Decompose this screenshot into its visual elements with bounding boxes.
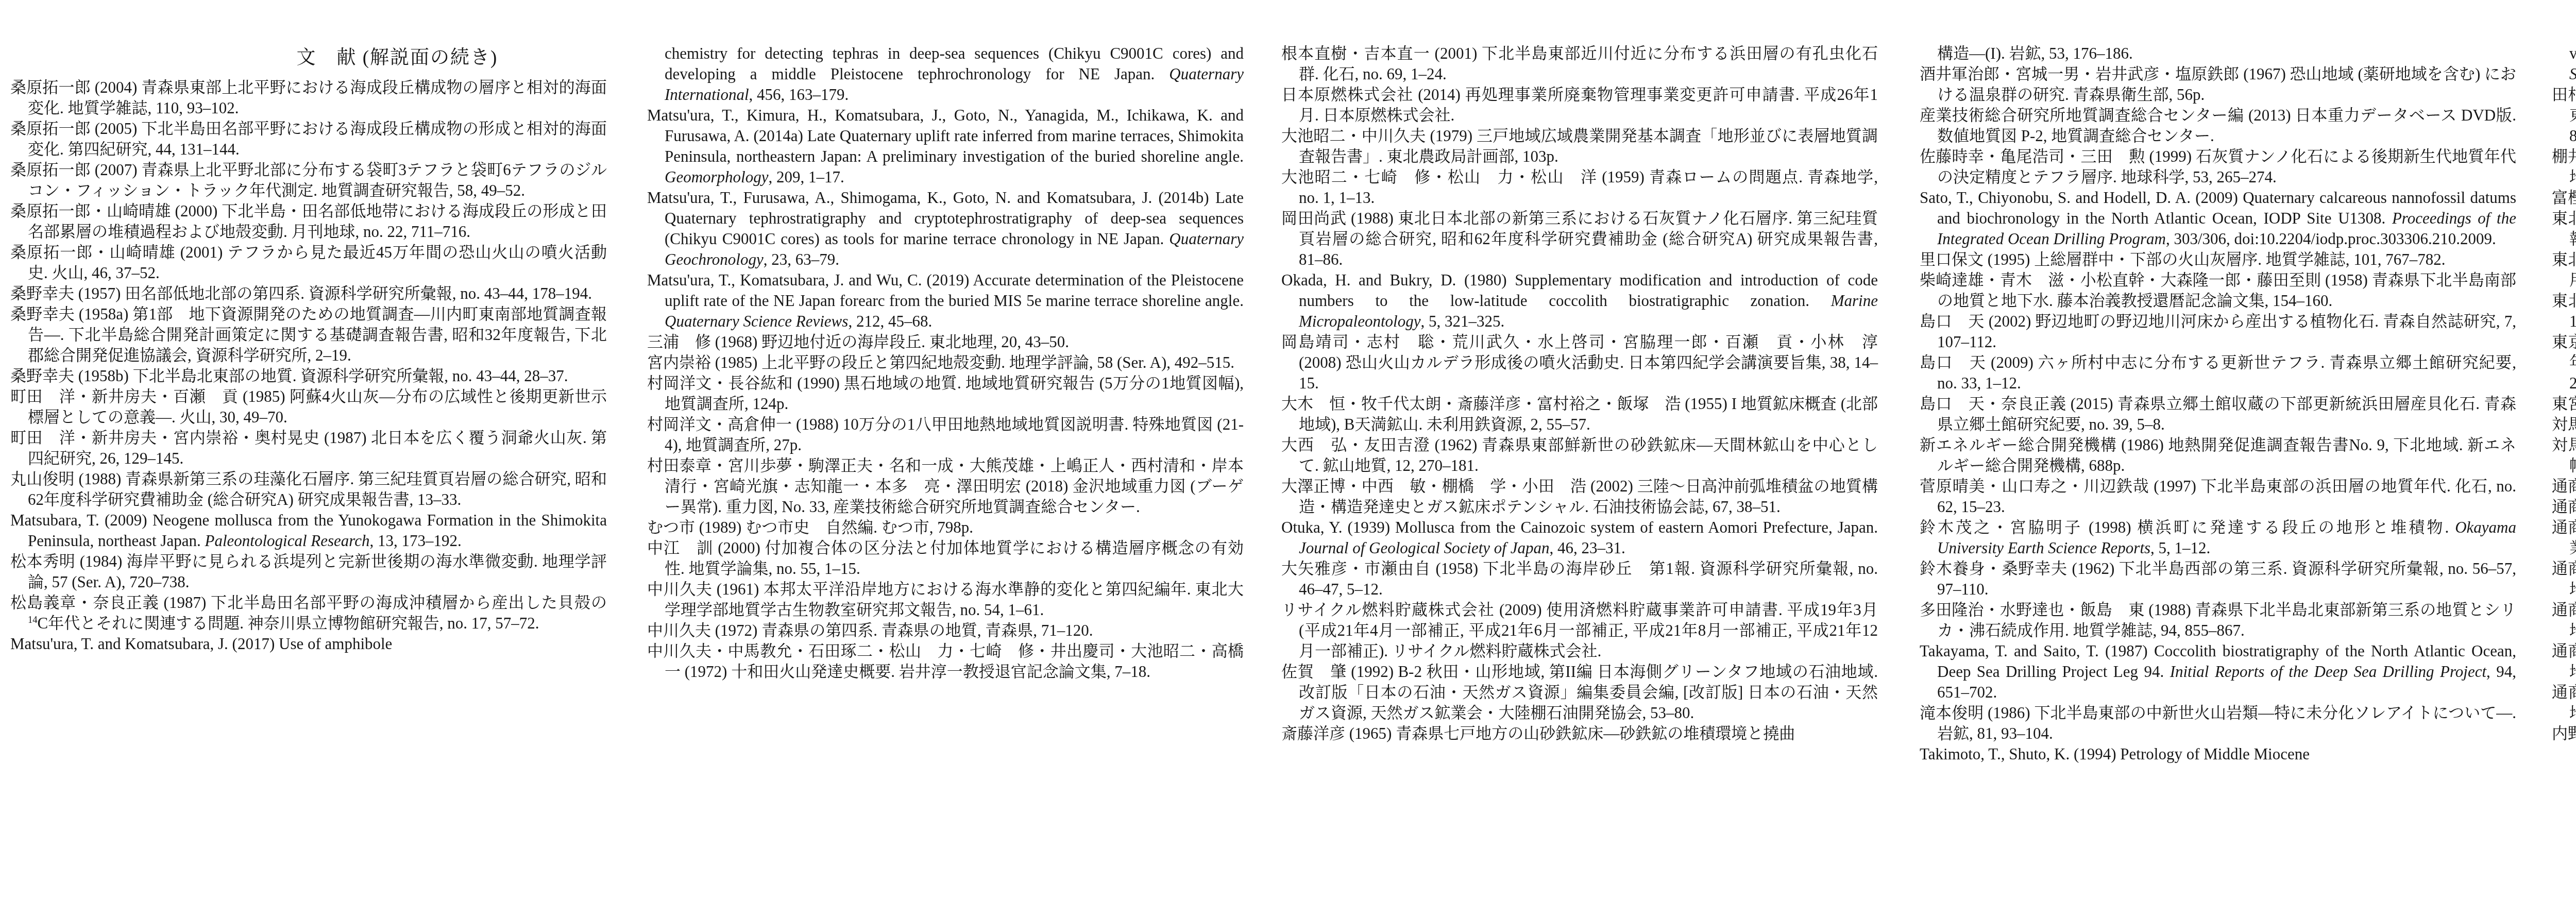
reference-text: 菅原晴美・山口寿之・川辺鉄哉 (1997) 下北半島東部の浜田層の地質年代. 化…: [1920, 477, 2516, 516]
reference-text: 中川久夫 (1961) 本邦太平洋沿岸地方における海水準静的変化と第四紀編年. …: [647, 580, 1244, 619]
reference-text: 棚井俊雄 (1955) 本邦炭田産の第三紀化石植物図説―I. 初期及び中期中新世…: [2552, 147, 2576, 186]
reference-entry: 通商産業省 (1970) 昭和43年度広域調査報告書, 下北地域. 通商産業省,…: [2552, 497, 2576, 517]
reference-text: 島口 天 (2002) 野辺地町の野辺地川河床から産出する植物化石. 青森自然誌…: [1920, 312, 2516, 351]
reference-entry: 滝本俊明 (1986) 下北半島東部の中新世火山岩類―特に未分化ソレアイトについ…: [1920, 703, 2516, 744]
reference-text: 通商産業省 (1970) 昭和43年度広域調査報告書, 下北地域. 通商産業省,…: [2552, 498, 2576, 516]
reference-entry-continued: chemistry for detecting tephras in deep-…: [647, 43, 1244, 105]
reference-entry: Otuka, Y. (1939) Mollusca from the Caino…: [1281, 517, 1878, 558]
reference-text: , 303/306, doi:10.2204/iodp.proc.303306.…: [2166, 230, 2496, 248]
reference-entry: 中川久夫・中馬教允・石田琢二・松山 力・七崎 修・井出慶司・大池昭二・高橋 一 …: [647, 641, 1244, 682]
reference-text: 中江 訓 (2000) 付加複合体の区分法と付加体地質学における構造層序概念の有…: [647, 539, 1244, 578]
references-column-5: volcanic rocks from the Tomari area in t…: [2552, 43, 2576, 744]
reference-entry: 島口 天 (2002) 野辺地町の野辺地川河床から産出する植物化石. 青森自然誌…: [1920, 311, 2516, 352]
reference-text: 大矢雅彦・市瀬由自 (1958) 下北半島の海岸砂丘 第1報. 資源科学研究所彙…: [1281, 559, 1878, 598]
reference-text: volcanic rocks from the Tomari area in t…: [2569, 44, 2576, 62]
reference-entry: 通商産業省資源エネルギー庁 (1995) 平成6年度広域地質構造調査報告書, 渡…: [2552, 600, 2576, 641]
reference-entry: 棚井俊雄 (1955) 本邦炭田産の第三紀化石植物図説―I. 初期及び中期中新世…: [2552, 146, 2576, 188]
reference-entry: 大池昭二・中川久夫 (1979) 三戸地域広域農業開発基本調査「地形並びに表層地…: [1281, 126, 1878, 167]
reference-text: 丸山俊明 (1988) 青森県新第三系の珪藻化石層序. 第三紀珪質頁岩層の総合研…: [10, 470, 607, 508]
superscript-text: 14: [28, 615, 38, 625]
reference-text: 桑野幸夫 (1958b) 下北半島北東部の地質. 資源科学研究所彙報, no. …: [10, 367, 568, 385]
reference-entry: 町田 洋・新井房夫・百瀬 貢 (1985) 阿蘇4火山灰―分布の広域性と後期更新…: [10, 386, 607, 428]
reference-text: 村田泰章・宮川歩夢・駒澤正夫・名和一成・大熊茂雄・上嶋正人・西村清和・岸本清行・…: [647, 456, 1244, 516]
reference-text: 東北地方第四紀研究グループ (1969) 東北地方における第四紀海水準変化. 地…: [2552, 209, 2576, 248]
reference-text: , 5, 1–12.: [2150, 539, 2210, 557]
reference-text: Matsu'ura, T., Kimura, H., Komatsubara, …: [647, 106, 1244, 165]
reference-text: 対馬坤六・滝沢文教 (1977) 尻屋崎地域の地質. 地域地質研究報告 (5万分…: [2552, 436, 2576, 474]
reference-text: 根本直樹・吉本直一 (2001) 下北半島東部近川付近に分布する浜田層の有孔虫化…: [1281, 44, 1878, 83]
reference-text: 町田 洋・新井房夫・宮内崇裕・奥村晃史 (1987) 北日本を広く覆う洞爺火山灰…: [10, 429, 607, 467]
reference-entry: 村田泰章・宮川歩夢・駒澤正夫・名和一成・大熊茂雄・上嶋正人・西村清和・岸本清行・…: [647, 455, 1244, 517]
reference-text: 酒井軍治郎・宮城一男・岩井武彦・塩原鉄郎 (1967) 恐山地域 (薬研地域を含…: [1920, 65, 2516, 104]
reference-text: 大木 恒・牧千代太朗・斎藤洋彦・富村裕之・飯塚 浩 (1955) I 地質鉱床概…: [1281, 395, 1878, 433]
reference-text: 日本原燃株式会社 (2014) 再処理事業所廃棄物管理事業変更許可申請書. 平成…: [1281, 86, 1878, 124]
reference-entry: 桑原拓一郎・山崎晴雄 (2000) 下北半島・田名部低地帯における海成段丘の形成…: [10, 201, 607, 242]
reference-text: 大澤正博・中西 敏・棚橋 学・小田 浩 (2002) 三陸～日高沖前弧堆積盆の地…: [1281, 477, 1878, 516]
reference-text: 桑原拓一郎 (2004) 青森県東部上北平野における海成段丘構成物の層序と相対的…: [10, 78, 607, 117]
reference-entry: 多田隆治・水野達也・飯島 東 (1988) 青森県下北半島北東部新第三系の地質と…: [1920, 600, 2516, 641]
reference-text: 桑原拓一郎 (2007) 青森県上北平野北部に分布する袋町3テフラと袋町6テフラ…: [10, 161, 607, 199]
reference-text: , 209, 1–17.: [768, 168, 844, 186]
reference-entry: 桑野幸夫 (1957) 田名部低地北部の第四系. 資源科学研究所彙報, no. …: [10, 283, 607, 304]
reference-entry: 通商産業省資源エネルギー庁 (1976) 昭和50年度広域調査報告書, 八甲田地…: [2552, 517, 2576, 558]
reference-text: むつ市 (1989) むつ市史 自然編. むつ市, 798p.: [647, 518, 973, 536]
reference-entry: Matsu'ura, T., Kimura, H., Komatsubara, …: [647, 105, 1244, 188]
reference-text: 鈴木茂之・宮脇明子 (1998) 横浜町に発達する段丘の地形と堆積物.: [1920, 518, 2455, 536]
reference-text: 岡田尚武 (1988) 東北日本北部の新第三系における石灰質ナノ化石層序. 第三…: [1281, 209, 1878, 268]
reference-entry: 大矢雅彦・市瀬由自 (1958) 下北半島の海岸砂丘 第1報. 資源科学研究所彙…: [1281, 558, 1878, 600]
reference-text: 柴崎達雄・青木 滋・小松直幹・大森隆一郎・藤田至則 (1958) 青森県下北半島…: [1920, 271, 2516, 310]
reference-text: 多田隆治・水野達也・飯島 東 (1988) 青森県下北半島北東部新第三系の地質と…: [1920, 601, 2516, 639]
reference-text: , 46, 23–31.: [1549, 539, 1625, 557]
reference-entry: 中川久夫 (1961) 本邦太平洋沿岸地方における海水準静的変化と第四紀編年. …: [647, 579, 1244, 620]
reference-text: 通商産業省資源エネルギー庁 (1999) 平成10年度広域地質構造調査報告書, …: [2552, 642, 2576, 681]
reference-entry: 宮内崇裕 (1985) 上北平野の段丘と第四紀地殻変動. 地理学評論, 58 (…: [647, 352, 1244, 373]
reference-entry: Matsubara, T. (2009) Neogene mollusca fr…: [10, 510, 607, 551]
reference-entry: 松島義章・奈良正義 (1987) 下北半島田名部平野の海成沖積層から産出した貝殻…: [10, 592, 607, 634]
reference-entry: 中川久夫 (1972) 青森県の第四系. 青森県の地質, 青森県, 71–120…: [647, 620, 1244, 641]
reference-text: 構造―(I). 岩鉱, 53, 176–186.: [1937, 44, 2133, 62]
references-title: 文 献 (解説面の続き): [99, 43, 696, 77]
reference-text: 島口 天 (2009) 六ヶ所村中志に分布する更新世テフラ. 青森県立郷土館研究…: [1920, 353, 2516, 392]
reference-text: 桑原拓一郎 (2005) 下北半島田名部平野における海成段丘構成物の形成と相対的…: [10, 120, 607, 158]
reference-entry: Matsu'ura, T., Furusawa, A., Shimogama, …: [647, 188, 1244, 270]
reference-text: Otuka, Y. (1939) Mollusca from the Caino…: [1281, 518, 1878, 536]
reference-entry: 斎藤洋彦 (1965) 青森県七戸地方の山砂鉄鉱床―砂鉄鉱の堆積環境と撓曲: [1281, 723, 1878, 744]
reference-entry: 通商産業省資源エネルギー庁 (1999) 平成10年度広域地質構造調査報告書, …: [2552, 641, 2576, 682]
reference-entry: 東北地方第四紀研究グループ (1969) 東北地方における第四紀海水準変化. 地…: [2552, 208, 2576, 249]
reference-entry: 菅原晴美・山口寿之・川辺鉄哉 (1997) 下北半島東部の浜田層の地質年代. 化…: [1920, 476, 2516, 517]
reference-entry: 桑原拓一郎 (2005) 下北半島田名部平野における海成段丘構成物の形成と相対的…: [10, 118, 607, 160]
reference-entry: 通商産業省 (1969) 昭和42年度広域調査報告書, 下北地域. 通商産業省,…: [2552, 476, 2576, 497]
reference-entry: Okada, H. and Bukry, D. (1980) Supplemen…: [1281, 270, 1878, 332]
reference-text: 東北農政局計画部 (1969) 南部中央地区地質調査報告書 (その1). 東北農…: [2552, 292, 2576, 330]
reference-entry: 岡島靖司・志村 聡・荒川武久・水上啓司・宮脇理一郎・百瀬 貢・小林 淳 (200…: [1281, 332, 1878, 394]
references-column-1: 文 献 (解説面の続き)桑原拓一郎 (2004) 青森県東部上北平野における海成…: [10, 43, 607, 654]
reference-text: 村岡洋文・長谷紘和 (1990) 黒石地域の地質. 地域地質研究報告 (5万分の…: [647, 374, 1244, 413]
reference-entry: 東京電力株式会社 (2010) 東通原子力発電所原子炉設置許可申請書 (縮小版)…: [2552, 332, 2576, 394]
reference-entry: Matsu'ura, T., Komatsubara, J. and Wu, C…: [647, 270, 1244, 332]
reference-text: 通商産業省資源エネルギー庁 (1994) 平成5年度広域地質構造調査報告書, 渡…: [2552, 559, 2576, 598]
reference-text: Takimoto, T., Shuto, K. (1994) Petrology…: [1920, 745, 2310, 763]
reference-text: 村岡洋文・高倉伸一 (1988) 10万分の1八甲田地熱地域地質図説明書. 特殊…: [647, 415, 1244, 454]
reference-text: 桑原拓一郎・山崎晴雄 (2001) テフラから見た最近45万年間の恐山火山の噴火…: [10, 243, 607, 282]
reference-entry: Matsu'ura, T. and Komatsubara, J. (2017)…: [10, 634, 607, 654]
reference-entry: 日本原燃株式会社 (2014) 再処理事業所廃棄物管理事業変更許可申請書. 平成…: [1281, 84, 1878, 126]
reference-entry: 丸山俊明 (1988) 青森県新第三系の珪藻化石層序. 第三紀珪質頁岩層の総合研…: [10, 469, 607, 510]
reference-entry: 新エネルギー総合開発機構 (1986) 地熱開発促進調査報告書No. 9, 下北…: [1920, 435, 2516, 476]
reference-entry: 岡田尚武 (1988) 東北日本北部の新第三系における石灰質ナノ化石層序. 第三…: [1281, 208, 1878, 270]
reference-text: 通商産業省 (1969) 昭和42年度広域調査報告書, 下北地域. 通商産業省,…: [2552, 477, 2576, 495]
reference-text: 宮内崇裕 (1985) 上北平野の段丘と第四紀地殻変動. 地理学評論, 58 (…: [647, 353, 1234, 371]
reference-entry: 鈴木養身・桑野幸夫 (1962) 下北半島西部の第三系. 資源科学研究所彙報, …: [1920, 558, 2516, 600]
reference-text: 松本秀明 (1984) 海岸平野に見られる浜堤列と完新世後期の海水準微変動. 地…: [10, 552, 607, 591]
reference-entry: 東北農政局計画部 (1969) 南部中央地区地質調査報告書 (その1). 東北農…: [2552, 291, 2576, 332]
reference-text: 産業技術総合研究所地質調査総合センター編 (2013) 日本重力データベース D…: [1920, 106, 2516, 145]
reference-entry: 鈴木茂之・宮脇明子 (1998) 横浜町に発達する段丘の地形と堆積物. Okay…: [1920, 517, 2516, 558]
reference-text: 大西 弘・友田吉澄 (1962) 青森県東部鮮新世の砂鉄鉱床―天間林鉱山を中心と…: [1281, 436, 1878, 474]
reference-text: , 23, 63–79.: [764, 250, 839, 268]
reference-text: 田村糸子・山崎晴雄・小林 淳・須藤浩一・岡島精司・水上啓治 (2011) 下北半…: [2552, 86, 2576, 145]
reference-text: 岡島靖司・志村 聡・荒川武久・水上啓司・宮脇理一郎・百瀬 貢・小林 淳 (200…: [1281, 333, 1878, 392]
journal-name-italic: Initial Reports of the Deep Sea Drilling…: [2170, 663, 2486, 681]
reference-entry-continued: 構造―(I). 岩鉱, 53, 176–186.: [1920, 43, 2516, 64]
reference-text: 桑野幸夫 (1958a) 第1部 地下資源開発のための地質調査―川内町東南部地質…: [10, 305, 607, 364]
reference-entry: Sato, T., Chiyonobu, S. and Hodell, D. A…: [1920, 188, 2516, 249]
reference-entry: 佐藤時幸・亀尾浩司・三田 勲 (1999) 石灰質ナンノ化石による後期新生代地質…: [1920, 146, 2516, 188]
journal-name-italic: Geomorphology: [665, 168, 768, 186]
references-column-2: chemistry for detecting tephras in deep-…: [647, 43, 1244, 682]
reference-entry: 通商産業省資源エネルギー庁 (1994) 平成5年度広域地質構造調査報告書, 渡…: [2552, 558, 2576, 600]
reference-text: 佐藤時幸・亀尾浩司・三田 勲 (1999) 石灰質ナンノ化石による後期新生代地質…: [1920, 147, 2516, 186]
reference-text: Okada, H. and Bukry, D. (1980) Supplemen…: [1281, 271, 1878, 310]
reference-entry: Takimoto, T., Shuto, K. (1994) Petrology…: [1920, 744, 2516, 765]
reference-entry: 対馬坤六 (1964) 20万分の1地質図幅「野辺地」. 地質調査所.: [2552, 414, 2576, 435]
reference-text: 中川久夫 (1972) 青森県の第四系. 青森県の地質, 青森県, 71–120…: [647, 621, 1093, 639]
reference-entry: 島口 天・奈良正義 (2015) 青森県立郷土館収蔵の下部更新統浜田層産貝化石.…: [1920, 394, 2516, 435]
reference-entry: 通商産業省資源エネルギー庁 (2000) 平成11年度広域地質構造調査報告書, …: [2552, 682, 2576, 723]
reference-text: 滝本俊明 (1986) 下北半島東部の中新世火山岩類―特に未分化ソレアイトについ…: [1920, 704, 2516, 742]
reference-text: 富樫茂子 (1977) 恐山火山の岩石学的研究. 岩鉱, 72, 45–60.: [2552, 189, 2576, 207]
reference-entry: 根本直樹・吉本直一 (2001) 下北半島東部近川付近に分布する浜田層の有孔虫化…: [1281, 43, 1878, 84]
reference-entry: 大西 弘・友田吉澄 (1962) 青森県東部鮮新世の砂鉄鉱床―天間林鉱山を中心と…: [1281, 435, 1878, 476]
reference-entry: 東宮昭彦・宮城磯治 (2020) 洞爺噴火の年代値. 火山, 65, 13–18…: [2552, 394, 2576, 414]
reference-entry: 桑野幸夫 (1958b) 下北半島北東部の地質. 資源科学研究所彙報, no. …: [10, 366, 607, 386]
reference-text: 中川久夫・中馬教允・石田琢二・松山 力・七崎 修・井出慶司・大池昭二・高橋 一 …: [647, 642, 1260, 681]
reference-entry: Takayama, T. and Saito, T. (1987) Coccol…: [1920, 641, 2516, 703]
reference-text: , 5, 321–325.: [1420, 312, 1504, 330]
reference-entry: 中江 訓 (2000) 付加複合体の区分法と付加体地質学における構造層序概念の有…: [647, 538, 1244, 579]
reference-text: 桑原拓一郎・山崎晴雄 (2000) 下北半島・田名部低地帯における海成段丘の形成…: [10, 202, 607, 241]
reference-text: C年代とそれに関連する問題. 神奈川県立博物館研究報告, no. 17, 57–…: [38, 614, 539, 632]
reference-entry: 田村糸子・山崎晴雄・小林 淳・須藤浩一・岡島精司・水上啓治 (2011) 下北半…: [2552, 84, 2576, 146]
reference-entry: 桑原拓一郎 (2007) 青森県上北平野北部に分布する袋町3テフラと袋町6テフラ…: [10, 160, 607, 201]
reference-text: 島口 天・奈良正義 (2015) 青森県立郷土館収蔵の下部更新統浜田層産貝化石.…: [1920, 395, 2516, 433]
reference-text: 大池昭二・七崎 修・松山 力・松山 洋 (1959) 青森ロームの問題点. 青森…: [1281, 168, 1878, 207]
reference-text: 松島義章・奈良正義 (1987) 下北半島田名部平野の海成沖積層から産出した貝殻…: [10, 593, 607, 612]
reference-text: 通商産業省資源エネルギー庁 (1995) 平成6年度広域地質構造調査報告書, 渡…: [2552, 601, 2576, 639]
references-column-4: 構造―(I). 岩鉱, 53, 176–186.酒井軍治郎・宮城一男・岩井武彦・…: [1920, 43, 2516, 765]
reference-text: 斎藤洋彦 (1965) 青森県七戸地方の山砂鉄鉱床―砂鉄鉱の堆積環境と撓曲: [1281, 724, 1795, 742]
journal-name-italic: Quaternary Science Reviews: [665, 312, 848, 330]
reference-entry: 酒井軍治郎・宮城一男・岩井武彦・塩原鉄郎 (1967) 恐山地域 (薬研地域を含…: [1920, 64, 2516, 105]
reference-entry: むつ市 (1989) むつ市史 自然編. むつ市, 798p.: [647, 517, 1244, 538]
reference-entry: 松本秀明 (1984) 海岸平野に見られる浜堤列と完新世後期の海水準微変動. 地…: [10, 551, 607, 592]
reference-text: chemistry for detecting tephras in deep-…: [665, 44, 1244, 83]
reference-entry: 村岡洋文・高倉伸一 (1988) 10万分の1八甲田地熱地域地質図説明書. 特殊…: [647, 414, 1244, 455]
reference-text: 大池昭二・中川久夫 (1979) 三戸地域広域農業開発基本調査「地形並びに表層地…: [1281, 127, 1878, 165]
reference-entry: 富樫茂子 (1977) 恐山火山の岩石学的研究. 岩鉱, 72, 45–60.: [2552, 188, 2576, 208]
reference-entry: 村岡洋文・長谷紘和 (1990) 黒石地域の地質. 地域地質研究報告 (5万分の…: [647, 373, 1244, 414]
reference-text: 里口保文 (1995) 上総層群中・下部の火山灰層序. 地質学雑誌, 101, …: [1920, 250, 2445, 268]
journal-name-italic: Science Reports of Niigata University, S…: [2569, 65, 2576, 83]
reference-entry: 大木 恒・牧千代太朗・斎藤洋彦・富村裕之・飯塚 浩 (1955) I 地質鉱床概…: [1281, 394, 1878, 435]
references-column-3: 根本直樹・吉本直一 (2001) 下北半島東部近川付近に分布する浜田層の有孔虫化…: [1281, 43, 1878, 744]
reference-text: 通商産業省資源エネルギー庁 (2000) 平成11年度広域地質構造調査報告書, …: [2552, 683, 2576, 722]
reference-text: 佐賀 肇 (1992) B-2 秋田・山形地域, 第II編 日本海側グリーンタフ…: [1281, 663, 1878, 722]
reference-entry: 桑原拓一郎 (2004) 青森県東部上北平野における海成段丘構成物の層序と相対的…: [10, 77, 607, 118]
reference-text: 対馬坤六 (1964) 20万分の1地質図幅「野辺地」. 地質調査所.: [2552, 415, 2576, 433]
reference-text: , 13, 173–192.: [369, 532, 461, 550]
reference-entry: 柴崎達雄・青木 滋・小松直幹・大森隆一郎・藤田至則 (1958) 青森県下北半島…: [1920, 270, 2516, 311]
reference-text: , 212, 45–68.: [848, 312, 932, 330]
reference-entry: 大池昭二・七崎 修・松山 力・松山 洋 (1959) 青森ロームの問題点. 青森…: [1281, 167, 1878, 208]
reference-entry: 東北電力株式会社 (2014) 東通原子力発電所発電用原子炉設置変更許可申請書 …: [2552, 249, 2576, 291]
reference-text: 新エネルギー総合開発機構 (1986) 地熱開発促進調査報告書No. 9, 下北…: [1920, 436, 2516, 474]
reference-text: 桑野幸夫 (1957) 田名部低地北部の第四系. 資源科学研究所彙報, no. …: [10, 284, 592, 302]
reference-entry: 佐賀 肇 (1992) B-2 秋田・山形地域, 第II編 日本海側グリーンタフ…: [1281, 661, 1878, 723]
reference-entry: 内野隆之 (2018) 下北半島北東部大森地域に分布するジュラ紀付加体: [2552, 723, 2576, 744]
reference-text: 通商産業省資源エネルギー庁 (1976) 昭和50年度広域調査報告書, 八甲田地…: [2552, 518, 2576, 557]
reference-text: Matsu'ura, T. and Komatsubara, J. (2017)…: [10, 635, 392, 653]
reference-text: 東宮昭彦・宮城磯治 (2020) 洞爺噴火の年代値. 火山, 65, 13–18…: [2552, 395, 2576, 413]
reference-text: , 456, 163–179.: [749, 86, 849, 104]
reference-entry: 対馬坤六・滝沢文教 (1977) 尻屋崎地域の地質. 地域地質研究報告 (5万分…: [2552, 435, 2576, 476]
journal-name-italic: Paleontological Research: [205, 532, 370, 550]
reference-entry: 町田 洋・新井房夫・宮内崇裕・奥村晃史 (1987) 北日本を広く覆う洞爺火山灰…: [10, 428, 607, 469]
reference-text: リサイクル燃料貯蔵株式会社 (2009) 使用済燃料貯蔵事業許可申請書. 平成1…: [1281, 601, 1878, 660]
reference-text: 東北電力株式会社 (2014) 東通原子力発電所発電用原子炉設置変更許可申請書 …: [2552, 250, 2576, 289]
journal-name-italic: Journal of Geological Society of Japan: [1299, 539, 1549, 557]
reference-entry: 島口 天 (2009) 六ヶ所村中志に分布する更新世テフラ. 青森県立郷土館研究…: [1920, 352, 2516, 394]
reference-entry: リサイクル燃料貯蔵株式会社 (2009) 使用済燃料貯蔵事業許可申請書. 平成1…: [1281, 600, 1878, 661]
reference-text: 東京電力株式会社 (2010) 東通原子力発電所原子炉設置許可申請書 (縮小版)…: [2552, 333, 2576, 392]
document-page: 文 献 (解説面の続き)桑原拓一郎 (2004) 青森県東部上北平野における海成…: [0, 0, 2576, 899]
reference-entry: 里口保文 (1995) 上総層群中・下部の火山灰層序. 地質学雑誌, 101, …: [1920, 249, 2516, 270]
reference-text: 内野隆之 (2018) 下北半島北東部大森地域に分布するジュラ紀付加体: [2552, 724, 2576, 742]
reference-entry: 大澤正博・中西 敏・棚橋 学・小田 浩 (2002) 三陸～日高沖前弧堆積盆の地…: [1281, 476, 1878, 517]
reference-text: Matsu'ura, T., Furusawa, A., Shimogama, …: [647, 189, 1244, 248]
reference-entry: 三浦 修 (1968) 野辺地付近の海岸段丘. 東北地理, 20, 43–50.: [647, 332, 1244, 352]
reference-text: 町田 洋・新井房夫・百瀬 貢 (1985) 阿蘇4火山灰―分布の広域性と後期更新…: [10, 387, 607, 426]
reference-text: 鈴木養身・桑野幸夫 (1962) 下北半島西部の第三系. 資源科学研究所彙報, …: [1920, 559, 2516, 598]
reference-entry: 産業技術総合研究所地質調査総合センター編 (2013) 日本重力データベース D…: [1920, 105, 2516, 146]
reference-text: Matsu'ura, T., Komatsubara, J. and Wu, C…: [647, 271, 1244, 310]
reference-text: 三浦 修 (1968) 野辺地付近の海岸段丘. 東北地理, 20, 43–50.: [647, 333, 1069, 351]
reference-entry: 桑野幸夫 (1958a) 第1部 地下資源開発のための地質調査―川内町東南部地質…: [10, 304, 607, 366]
reference-entry-continued: volcanic rocks from the Tomari area in t…: [2552, 43, 2576, 84]
reference-entry: 桑原拓一郎・山崎晴雄 (2001) テフラから見た最近45万年間の恐山火山の噴火…: [10, 242, 607, 283]
